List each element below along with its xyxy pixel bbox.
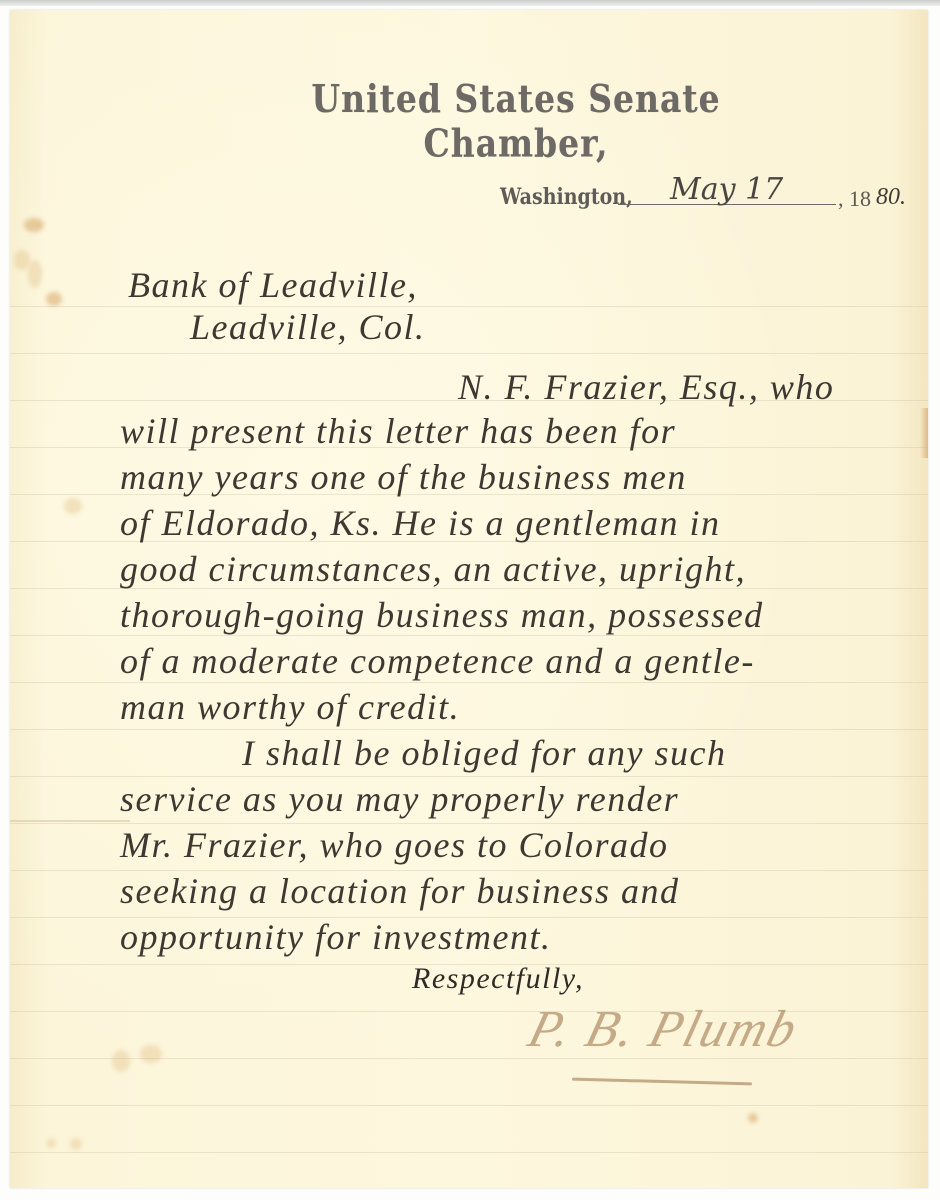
edge-stain [920,408,928,458]
ruled-line [10,1105,928,1106]
body-line: many years one of the business men [120,456,687,498]
ruled-line [10,682,928,683]
letterhead-title: United States Senate Chamber, [256,76,776,166]
paper-fold [10,820,130,822]
foxing-stain [28,260,42,288]
letterhead-place: Washington, [500,184,633,210]
foxing-stain [112,1050,130,1072]
year-handwritten: 80. [876,184,906,211]
body-line: N. F. Frazier, Esq., who [458,366,834,408]
body-line: of Eldorado, Ks. He is a gentleman in [120,502,720,544]
ruled-line [10,1152,928,1153]
body-line: Mr. Frazier, who goes to Colorado [120,824,669,866]
recipient-location: Leadville, Col. [190,306,425,348]
body-line: seeking a location for business and [120,870,679,912]
foxing-stain [70,1138,82,1150]
foxing-stain [64,498,82,514]
closing: Respectfully, [412,962,584,996]
body-line: thorough-going business man, possessed [120,594,764,636]
foxing-stain [14,250,30,270]
ruled-line [10,353,928,354]
foxing-stain [24,218,44,232]
foxing-stain [140,1045,162,1063]
ruled-line [10,729,928,730]
body-line: will present this letter has been for [120,410,676,452]
signature: P. B. Plumb [522,1000,804,1059]
body-line: opportunity for investment. [120,916,551,958]
ruled-line [10,776,928,777]
scanner-border [0,0,940,6]
body-line: of a moderate competence and a gentle- [120,640,755,682]
foxing-stain [46,292,62,306]
body-line: service as you may properly render [120,778,679,820]
body-line: man worthy of credit. [120,686,460,728]
body-line: good circumstances, an active, upright, [120,548,746,590]
year-printed: , 18 [838,186,871,212]
ruled-line [10,306,928,307]
letter-date: May 17 [670,172,783,207]
foxing-stain [46,1138,56,1148]
recipient-name: Bank of Leadville, [128,264,418,306]
body-line: I shall be obliged for any such [242,732,726,774]
foxing-stain [748,1113,758,1123]
